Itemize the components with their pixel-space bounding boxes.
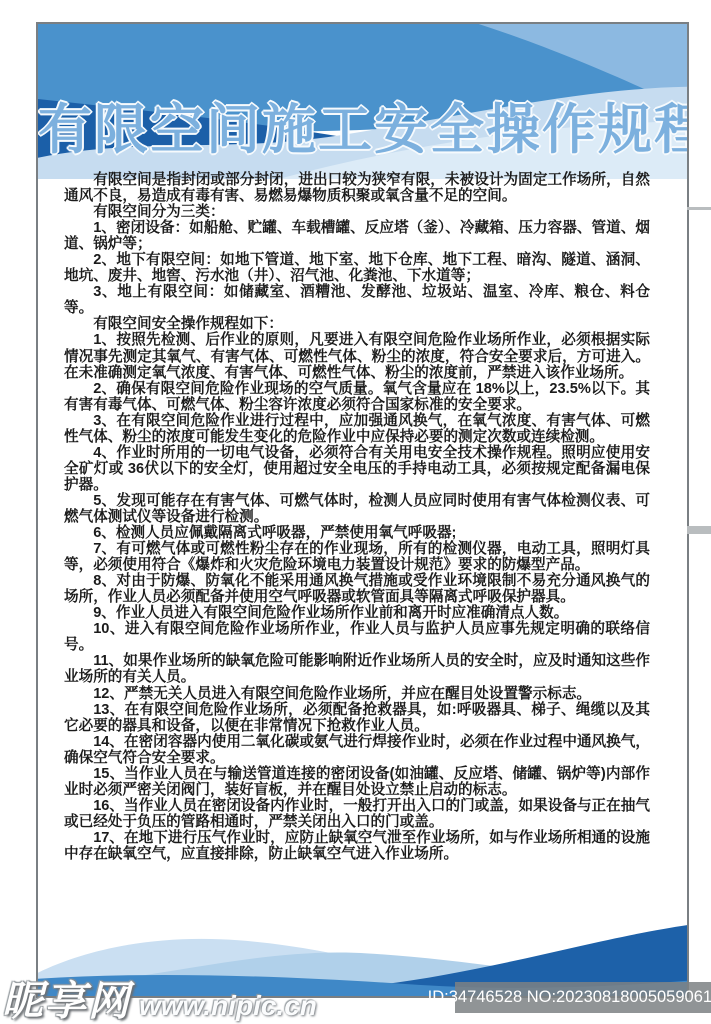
regulation-paragraph: 8、对由于防爆、防氧化不能采用通风换气措施或受作业环境限制不易充分通风换气的场所…: [64, 573, 650, 605]
regulation-paragraph: 3、地上有限空间：如储藏室、酒糟池、发酵池、垃圾站、温室、冷库、粮仓、料仓等。: [64, 284, 650, 316]
regulation-paragraph: 6、检测人员应佩戴隔离式呼吸器，严禁使用氧气呼吸器;: [64, 525, 650, 541]
regulation-paragraph: 17、在地下进行压气作业时，应防止缺氧空气泄至作业场所，如与作业场所相通的设施中…: [64, 830, 650, 862]
regulation-paragraph: 有限空间是指封闭或部分封闭，进出口较为狭窄有限，未被设计为固定工作场所，自然通风…: [64, 172, 650, 204]
regulation-paragraph: 9、作业人员进入有限空间危险作业场所作业前和离开时应准确清点人数。: [64, 605, 650, 621]
regulation-paragraph: 有限空间安全操作规程如下：: [64, 316, 650, 332]
regulation-paragraph: 2、地下有限空间：如地下管道、地下室、地下仓库、地下工程、暗沟、隧道、涵洞、地坑…: [64, 252, 650, 284]
watermark-site-url: www.nipic.cn: [139, 990, 317, 1022]
regulation-paragraph: 13、在有限空间危险作业场所，必须配备抢救器具，如:呼吸器具、梯子、绳缆以及其它…: [64, 702, 650, 734]
regulation-paragraph: 11、如果作业场所的缺氧危险可能影响附近作业场所人员的安全时，应及时通知这些作业…: [64, 653, 650, 685]
regulation-paragraph: 1、按照先检测、后作业的原则，凡要进入有限空间危险作业场所作业，必须根据实际情况…: [64, 332, 650, 380]
regulation-paragraph: 1、密闭设备：如船舱、贮罐、车载槽罐、反应塔（釜）、冷藏箱、压力容器、管道、烟道…: [64, 220, 650, 252]
page-edge-mark-top: [687, 207, 711, 210]
regulation-paragraph: 16、当作业人员在密闭设备内作业时，一般打开出入口的门或盖，如果设备与正在抽气或…: [64, 798, 650, 830]
regulation-paragraph: 4、作业时所用的一切电气设备，必须符合有关用电安全技术操作规程。照明应使用安全矿…: [64, 445, 650, 493]
regulation-paragraph: 3、在有限空间危险作业进行过程中，应加强通风换气，在氧气浓度、有害气体、可燃性气…: [64, 413, 650, 445]
regulation-paragraph: 2、确保有限空间危险作业现场的空气质量。氧气含量应在 18%以上，23.5%以下…: [64, 381, 650, 413]
regulation-paragraph: 12、严禁无关人员进入有限空间危险作业场所，并应在醒目处设置警示标志。: [64, 686, 650, 702]
watermark: 昵享网 www.nipic.cn: [2, 968, 317, 1024]
safety-poster: 有限空间施工安全操作规程 有限空间是指封闭或部分封闭，进出口较为狭窄有限，未被设…: [36, 22, 689, 998]
regulation-paragraph: 有限空间分为三类：: [64, 204, 650, 220]
poster-title: 有限空间施工安全操作规程: [38, 98, 687, 162]
regulation-paragraph: 10、进入有限空间危险作业场所作业，作业人员与监护人员应事先规定明确的联络信号。: [64, 621, 650, 653]
stock-id-text: ID:34746528 NO:20230818005059061100: [428, 988, 711, 1007]
regulations-text: 有限空间是指封闭或部分封闭，进出口较为狭窄有限，未被设计为固定工作场所，自然通风…: [64, 172, 650, 862]
regulation-paragraph: 15、当作业人员在与输送管道连接的密闭设备(如油罐、反应塔、储罐、锅炉等)内部作…: [64, 766, 650, 798]
regulation-paragraph: 5、发现可能存在有害气体、可燃气体时，检测人员应同时使用有害气体检测仪表、可燃气…: [64, 493, 650, 525]
stock-id-bar: ID:34746528 NO:20230818005059061100: [455, 982, 711, 1013]
page-edge-mark-middle: [687, 526, 711, 534]
watermark-site-name: 昵享网: [2, 968, 131, 1024]
regulation-paragraph: 14、在密闭容器内使用二氧化碳或氨气进行焊接作业时，必须在作业过程中通风换气，确…: [64, 734, 650, 766]
regulation-paragraph: 7、有可燃气体或可燃性粉尘存在的作业现场，所有的检测仪器，电动工具，照明灯具等，…: [64, 541, 650, 573]
